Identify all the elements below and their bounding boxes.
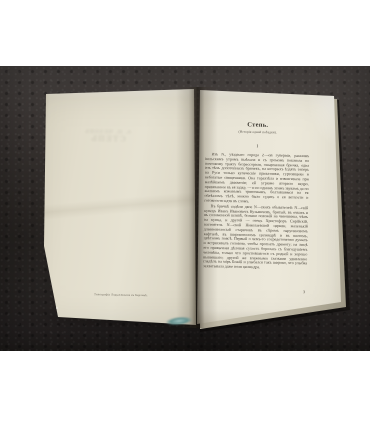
page-block-shadow [194, 86, 352, 338]
chapter-subtitle: (Исторія одной поѣздки). [206, 129, 310, 135]
leather-surface: А. П. ЧЕХОВЪ СТЕПЬ Типографія Ладыжников… [0, 66, 370, 351]
printer-imprint: Типографія Ладыжникова въ Берлинѣ. [77, 293, 165, 298]
body-paragraph-1: Изъ N., уѣзднаго города Z—ой губерніи, р… [204, 153, 309, 206]
dust-speck [56, 307, 58, 309]
product-photo-canvas: А. П. ЧЕХОВЪ СТЕПЬ Типографія Ладыжников… [0, 0, 370, 423]
body-text: Изъ N., уѣзднаго города Z—ой губерніи, р… [203, 153, 310, 288]
ghost-author-line: А. П. ЧЕХОВЪ [72, 128, 144, 136]
right-page-content: Степь. (Исторія одной поѣздки). I Изъ N.… [203, 116, 310, 295]
body-paragraph-2: Въ бричкѣ сидѣли двое N—скихъ обывателей… [203, 205, 308, 272]
left-page-content: А. П. ЧЕХОВЪ СТЕПЬ Типографія Ладыжников… [68, 126, 176, 336]
ghost-title-line: СТЕПЬ [72, 134, 144, 144]
show-through-ghost-text: А. П. ЧЕХОВЪ СТЕПЬ [72, 128, 144, 144]
right-page: Степь. (Исторія одной поѣздки). I Изъ N.… [194, 86, 348, 332]
teal-endband [166, 316, 193, 327]
gutter-shadow [176, 87, 218, 328]
page-block-edges [194, 86, 350, 336]
book-drop-shadow [34, 304, 352, 330]
section-numeral: I [205, 143, 309, 150]
chapter-title: Степь. [206, 120, 310, 129]
left-page: А. П. ЧЕХОВЪ СТЕПЬ Типографія Ладыжников… [40, 86, 200, 331]
page-number: 3 [203, 289, 305, 295]
